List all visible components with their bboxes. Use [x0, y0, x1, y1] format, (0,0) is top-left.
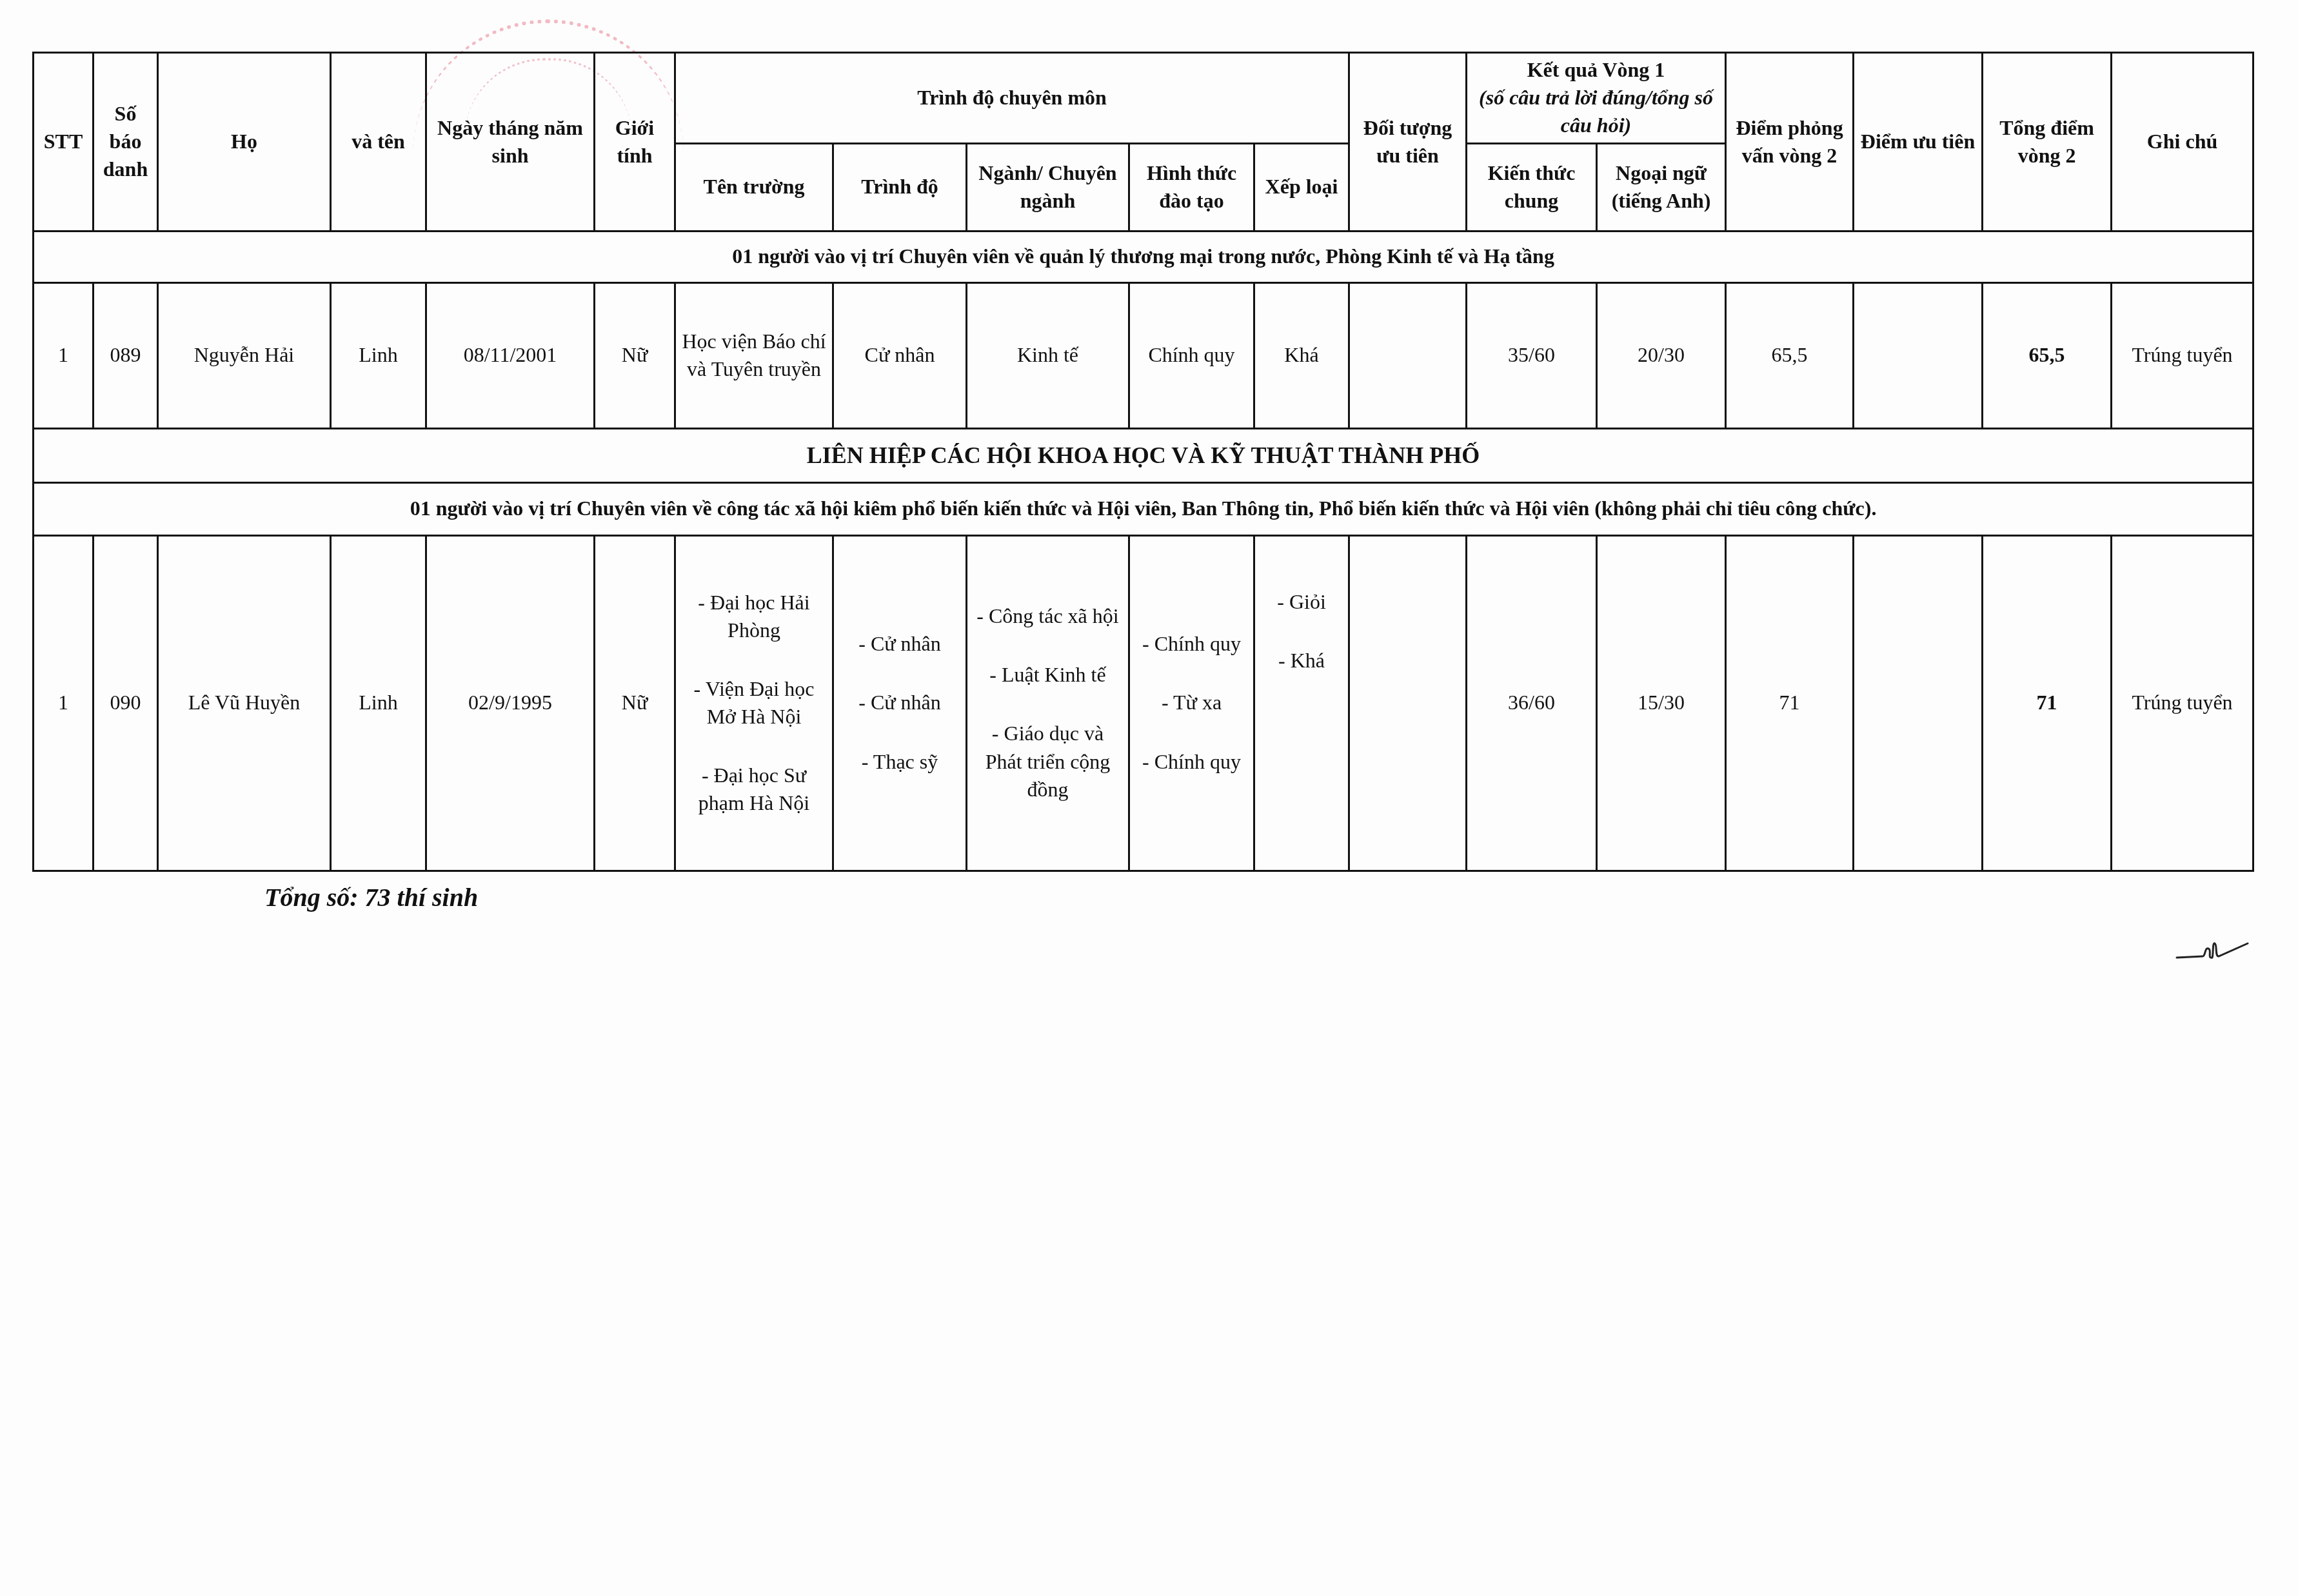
cell-tong-diem: 65,5: [1983, 282, 2112, 428]
table-row: 1090Lê Vũ HuyềnLinh02/9/1995Nữ- Đại học …: [34, 535, 2253, 871]
cell-nganh-item: - Công tác xã hội: [971, 602, 1124, 630]
total-candidates: Tổng số: 73 thí sinh: [264, 882, 478, 912]
col-tong-diem: Tổng điểm vòng 2: [1983, 53, 2112, 232]
cell-nganh: - Công tác xã hội- Luật Kinh tế- Giáo dụ…: [967, 535, 1129, 871]
cell-ten-truong: Học viện Báo chí và Tuyên truyền: [675, 282, 833, 428]
cell-ho: Nguyễn Hải: [158, 282, 331, 428]
col-ten-truong: Tên trường: [675, 143, 833, 231]
col-hinh-thuc: Hình thức đào tạo: [1129, 143, 1254, 231]
col-group-trinh-do-chuyen-mon: Trình độ chuyên môn: [675, 53, 1349, 144]
cell-ngoai-ngu: 20/30: [1597, 282, 1726, 428]
cell-hinh-thuc-item: - Từ xa: [1134, 689, 1249, 716]
cell-trinh-do-item: - Thạc sỹ: [838, 748, 962, 776]
org-header-row: LIÊN HIỆP CÁC HỘI KHOA HỌC VÀ KỸ THUẬT T…: [34, 428, 2253, 482]
cell-stt: 1: [34, 282, 94, 428]
cell-diem-phong-van: 65,5: [1726, 282, 1854, 428]
col-stt: STT: [34, 53, 94, 232]
cell-ghi-chu: Trúng tuyển: [2112, 282, 2253, 428]
cell-xep-loai-item: - Giỏi: [1259, 588, 1344, 616]
cell-ten: Linh: [331, 535, 426, 871]
cell-ten-truong-item: - Đại học Hải Phòng: [680, 589, 828, 644]
cell-hinh-thuc: - Chính quy- Từ xa- Chính quy: [1129, 535, 1254, 871]
cell-tong-diem: 71: [1983, 535, 2112, 871]
cell-hinh-thuc: Chính quy: [1129, 282, 1254, 428]
cell-hinh-thuc-item: - Chính quy: [1134, 748, 1249, 776]
table-body: 01 người vào vị trí Chuyên viên về quản …: [34, 231, 2253, 871]
results-table: STT Số báo danh Họ và tên Ngày tháng năm…: [32, 52, 2254, 872]
position-title: 01 người vào vị trí Chuyên viên về quản …: [34, 231, 2253, 282]
col-group-ket-qua-vong-1: Kết quả Vòng 1 (số câu trả lời đúng/tổng…: [1467, 53, 1726, 144]
cell-doi-tuong-uu-tien: [1349, 535, 1467, 871]
col-diem-uu-tien: Điểm ưu tiên: [1854, 53, 1983, 232]
cell-ten: Linh: [331, 282, 426, 428]
position-header-row: 01 người vào vị trí Chuyên viên về công …: [34, 482, 2253, 535]
cell-kien-thuc-chung: 35/60: [1467, 282, 1597, 428]
cell-kien-thuc-chung: 36/60: [1467, 535, 1597, 871]
cell-trinh-do-item: Cử nhân: [838, 341, 962, 369]
cell-ten-truong-item: Học viện Báo chí và Tuyên truyền: [680, 328, 828, 383]
cell-ten-truong-item: - Viện Đại học Mở Hà Nội: [680, 675, 828, 731]
col-trinh-do: Trình độ: [833, 143, 967, 231]
cell-hinh-thuc-item: - Chính quy: [1134, 630, 1249, 658]
col-gioi-tinh: Giới tính: [595, 53, 675, 232]
cell-trinh-do-item: - Cử nhân: [838, 689, 962, 716]
ket-qua-vong-1-title: Kết quả Vòng 1: [1471, 56, 1721, 84]
cell-so-bao-danh: 089: [94, 282, 158, 428]
col-xep-loai: Xếp loại: [1254, 143, 1349, 231]
cell-xep-loai-item: - Khá: [1259, 647, 1344, 675]
position-header-row: 01 người vào vị trí Chuyên viên về quản …: [34, 231, 2253, 282]
cell-trinh-do: Cử nhân: [833, 282, 967, 428]
org-title: LIÊN HIỆP CÁC HỘI KHOA HỌC VÀ KỸ THUẬT T…: [34, 428, 2253, 482]
cell-hinh-thuc-item: Chính quy: [1134, 341, 1249, 369]
header-row-1: STT Số báo danh Họ và tên Ngày tháng năm…: [34, 53, 2253, 144]
col-ngay-sinh: Ngày tháng năm sinh: [426, 53, 595, 232]
col-kien-thuc-chung: Kiến thức chung: [1467, 143, 1597, 231]
cell-doi-tuong-uu-tien: [1349, 282, 1467, 428]
cell-nganh-item: Kinh tế: [971, 341, 1124, 369]
cell-diem-uu-tien: [1854, 282, 1983, 428]
cell-ten-truong-item: - Đại học Sư phạm Hà Nội: [680, 762, 828, 817]
cell-trinh-do: - Cử nhân- Cử nhân- Thạc sỹ: [833, 535, 967, 871]
signature-icon: [2174, 938, 2251, 964]
document-page: STT Số báo danh Họ và tên Ngày tháng năm…: [0, 0, 2298, 1596]
cell-ten-truong: - Đại học Hải Phòng- Viện Đại học Mở Hà …: [675, 535, 833, 871]
cell-trinh-do-item: - Cử nhân: [838, 630, 962, 658]
cell-nganh-item: - Giáo dục và Phát triển cộng đồng: [971, 720, 1124, 803]
cell-stt: 1: [34, 535, 94, 871]
cell-so-bao-danh: 090: [94, 535, 158, 871]
cell-xep-loai-item: Khá: [1259, 341, 1344, 369]
cell-xep-loai: Khá: [1254, 282, 1349, 428]
cell-nganh-item: - Luật Kinh tế: [971, 661, 1124, 689]
cell-ngay-sinh: 02/9/1995: [426, 535, 595, 871]
col-ngoai-ngu: Ngoại ngữ (tiếng Anh): [1597, 143, 1726, 231]
cell-xep-loai: - Giỏi- Khá: [1254, 535, 1349, 871]
cell-diem-phong-van: 71: [1726, 535, 1854, 871]
cell-ghi-chu: Trúng tuyển: [2112, 535, 2253, 871]
cell-diem-uu-tien: [1854, 535, 1983, 871]
cell-gioi-tinh: Nữ: [595, 535, 675, 871]
cell-ngoai-ngu: 15/30: [1597, 535, 1726, 871]
cell-nganh: Kinh tế: [967, 282, 1129, 428]
col-ten: và tên: [331, 53, 426, 232]
position-title: 01 người vào vị trí Chuyên viên về công …: [34, 482, 2253, 535]
col-nganh: Ngành/ Chuyên ngành: [967, 143, 1129, 231]
cell-gioi-tinh: Nữ: [595, 282, 675, 428]
table-row: 1089Nguyễn HảiLinh08/11/2001NữHọc viện B…: [34, 282, 2253, 428]
col-diem-phong-van: Điểm phỏng vấn vòng 2: [1726, 53, 1854, 232]
col-so-bao-danh: Số báo danh: [94, 53, 158, 232]
cell-ho: Lê Vũ Huyền: [158, 535, 331, 871]
col-doi-tuong-uu-tien: Đối tượng ưu tiên: [1349, 53, 1467, 232]
ket-qua-vong-1-note: (số câu trả lời đúng/tổng số câu hỏi): [1471, 84, 1721, 139]
col-ho: Họ: [158, 53, 331, 232]
cell-ngay-sinh: 08/11/2001: [426, 282, 595, 428]
col-ghi-chu: Ghi chú: [2112, 53, 2253, 232]
